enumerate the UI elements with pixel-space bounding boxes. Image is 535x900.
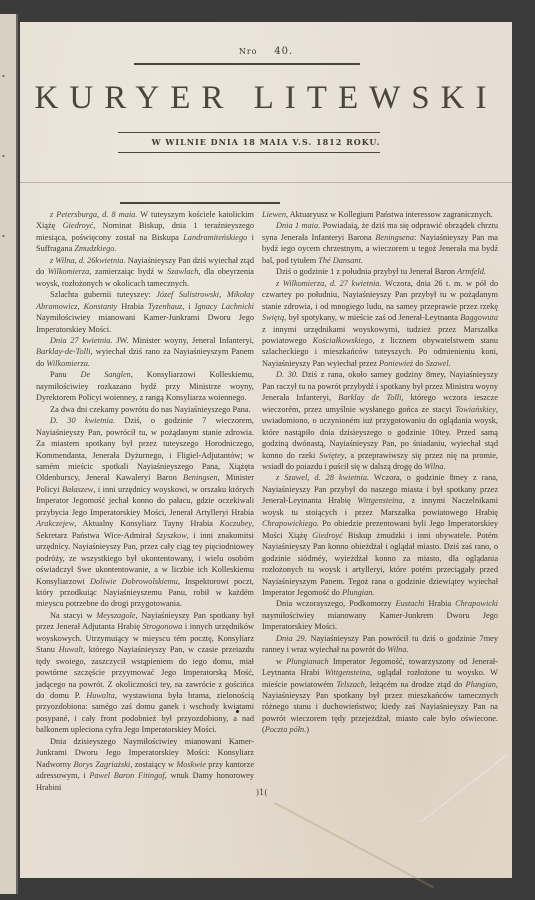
italic-name: z Szawel, d. 28 kwietnia.	[276, 473, 369, 482]
paragraph-text: do	[413, 359, 425, 368]
italic-name: z Petersburga, d. 8 maia.	[50, 210, 137, 219]
italic-name: Borys Zagriażski	[73, 760, 130, 769]
paragraph-text: , zostaiący w	[130, 760, 176, 769]
article-paragraph: D. 30 kwietnia. Dziś, o godzinie 7 wiecz…	[36, 415, 254, 610]
paragraph-text: naymiłościwiey mianowany Kamer-Junkrem D…	[262, 611, 498, 631]
italic-name: Wilkomierza	[48, 267, 89, 276]
italic-name: Pawel Baron Fitingof	[89, 771, 164, 780]
italic-name: Bałaszew	[62, 485, 93, 494]
issue-number-value: 40.	[274, 46, 293, 57]
article-paragraph: z Wilkomierza, d. 27 kwietnia. Wczora, d…	[262, 278, 498, 370]
article-paragraph: w Plungianach Imperator Jegomość, towarz…	[262, 656, 498, 736]
italic-name: Kościałkowskiego	[313, 336, 373, 345]
italic-name: z Wilna, d. 26kwietnia.	[50, 256, 126, 265]
italic-name: Barklay de Tolli	[338, 393, 401, 402]
page-number-mark: )1(	[256, 788, 267, 797]
article-paragraph: Dnia wczorayszego, Podkomorzy Eustachi H…	[262, 598, 498, 632]
italic-name: Huwalta	[86, 691, 115, 700]
italic-name: Meyszagole	[96, 611, 135, 620]
previous-page-text-fragment: ▪	[2, 74, 5, 78]
paragraph-text: Dziś o godzinie 1 z południa przybył tu …	[276, 267, 457, 276]
paragraph-text: Za dwa dni czekamy powrótu do nas Nayiaś…	[50, 405, 251, 414]
paragraph-text: Szlachta gubernii tuteyszey:	[50, 290, 156, 299]
left-column: z Petersburga, d. 8 maia. W tuteyszym ko…	[36, 209, 254, 793]
italic-name: Wilna.	[387, 645, 408, 654]
paragraph-text: , Aktualny Konsyliarz Tayny Hrabia	[74, 519, 219, 528]
article-paragraph: z Szawel, d. 28 kwietnia. Wczora, o godz…	[262, 472, 498, 598]
italic-name: Moskwie	[176, 760, 206, 769]
paragraph-text: , zamierzaiąc bydź w	[89, 267, 167, 276]
italic-name: Dnia 29.	[276, 634, 307, 643]
italic-name: Józef Sulistrowski	[156, 290, 219, 299]
water-stain	[273, 802, 434, 890]
italic-name: Szawel.	[426, 359, 451, 368]
italic-name: Koczubey	[220, 519, 252, 528]
article-separator-rule	[120, 202, 280, 204]
paragraph-text: Hrabia	[425, 599, 456, 608]
italic-name: Arakczejew	[36, 519, 74, 528]
italic-name: Ignacy Lachnicki	[195, 302, 254, 311]
paragraph-text: ,	[219, 290, 227, 299]
italic-name: De Sanglen	[81, 370, 131, 379]
article-paragraph: Za dwa dni czekamy powrótu do nas Nayiaś…	[36, 404, 254, 415]
previous-page-edge: ▪ ▪ ▪	[0, 14, 18, 894]
italic-name: Plungianach	[286, 657, 328, 666]
italic-name: Towiańskiey	[455, 405, 496, 414]
issue-number-label: Nro	[239, 47, 258, 56]
italic-name: Baggowuta	[460, 313, 498, 322]
italic-name: Wilna.	[424, 462, 445, 471]
page-crease	[20, 182, 512, 183]
italic-name: Eustachi	[396, 599, 425, 608]
article-paragraph: Dnia 27 kwietnia. JW. Minister woyny, Je…	[36, 335, 254, 369]
italic-name: Plungian.	[342, 588, 375, 597]
title-top-rule	[134, 63, 360, 65]
italic-name: Doliwie Dobrowolskiemu	[90, 577, 178, 586]
paragraph-text: Na stacyi w	[50, 611, 96, 620]
dateline-text: W WILNIE DNIA 18 MAIA V.S. 1812 ROKU.	[152, 137, 381, 147]
paper-fold	[420, 754, 507, 823]
italic-name: Landramiteńskiego	[183, 233, 247, 242]
italic-name: Liewen	[262, 210, 286, 219]
italic-name: Poczta półn.	[265, 725, 306, 734]
article-paragraph: z Wilna, d. 26kwietnia. Nayiaśnieyszy Pa…	[36, 255, 254, 289]
italic-name: Chrapowicki	[455, 599, 498, 608]
italic-name: Telszach	[337, 680, 365, 689]
paragraph-text: Panu	[50, 370, 81, 379]
article-paragraph: Panu De Sanglen, Konsyliarzowi Kolleskie…	[36, 369, 254, 403]
italic-name: Thé Dansant.	[318, 256, 363, 265]
italic-name: Dnia 1 maia.	[276, 221, 320, 230]
dateline: W WILNIE DNIA 18 MAIA V.S. 1812 ROKU.	[20, 137, 512, 147]
paragraph-text: JW. Minister woyny, Jeneral Infanteryi,	[113, 336, 254, 345]
paragraph-text: Dnia wczorayszego, Podkomorzy	[276, 599, 396, 608]
italic-name: Dnia 27 kwietnia.	[50, 336, 113, 345]
italic-name: Chrapowickiego.	[262, 519, 319, 528]
dateline-top-rule	[118, 132, 380, 133]
article-paragraph: Na stacyi w Meyszagole, Nayiaśnieyszy Pa…	[36, 610, 254, 736]
italic-name: D. 30.	[276, 370, 298, 379]
italic-name: Wittgensteina	[325, 668, 370, 677]
article-paragraph: Dnia 1 maia. Powiadaią, że dziś ma się o…	[262, 220, 498, 266]
italic-name: Plungian	[466, 680, 496, 689]
paragraph-text: , i	[182, 302, 194, 311]
italic-name: Tyzenhauz	[148, 302, 182, 311]
italic-name: Poniewież	[379, 359, 413, 368]
italic-name: Huwalt	[59, 645, 83, 654]
italic-name: D. 30 kwietnia.	[50, 416, 115, 425]
paragraph-text: )	[306, 725, 309, 734]
previous-page-text-fragment: ▪	[2, 234, 5, 238]
italic-name: z Wilkomierza, d. 27 kwietnia.	[276, 279, 382, 288]
paragraph-text: , leżącém na drodze ztąd do	[365, 680, 466, 689]
italic-name: Szyszkow	[156, 531, 187, 540]
italic-name: Swiętey	[319, 451, 344, 460]
article-paragraph: z Petersburga, d. 8 maia. W tuteyszym ko…	[36, 209, 254, 255]
italic-name: Giedroyć	[312, 531, 343, 540]
dateline-bottom-rule	[118, 152, 380, 153]
article-paragraph: Dnia dzisieyszego Naymiłościwiey mianowa…	[36, 736, 254, 793]
italic-name: Szawlach	[167, 267, 198, 276]
newspaper-page: Nro 40. KURYER LITEWSKI W WILNIE DNIA 18…	[20, 22, 512, 878]
paragraph-text: Biskup żmudzki i inni obywatele. Potém N…	[262, 531, 498, 597]
italic-name: Beningsen	[183, 473, 218, 482]
article-paragraph: Dziś o godzinie 1 z południa przybył tu …	[262, 266, 498, 277]
ink-spot	[236, 710, 239, 713]
italic-name: Swiętą	[262, 313, 284, 322]
italic-name: Giedroyć	[63, 221, 94, 230]
article-paragraph: Dnia 29. Nayiaśnieyszy Pan powrócił tu d…	[262, 633, 498, 656]
paragraph-text: Naymiłościwiey mianowani Kamer-Junkrami …	[36, 313, 254, 333]
paragraph-text: w	[276, 657, 286, 666]
italic-name: Beningsena	[375, 233, 414, 242]
italic-name: Wilkomierza.	[46, 359, 90, 368]
italic-name: Barklay-de-Tolli	[36, 347, 91, 356]
article-paragraph: Szlachta gubernii tuteyszey: Józef Sulis…	[36, 289, 254, 335]
italic-name: Zmudzkiego.	[74, 244, 116, 253]
paragraph-text: , Aktuaryusz w Kollegium Państwa interes…	[286, 210, 493, 219]
italic-name: Wittgensteina	[357, 496, 402, 505]
paragraph-text: , był spotykany, w mieście zaś od Jenera…	[284, 313, 460, 322]
article-paragraph: Liewen, Aktuaryusz w Kollegium Państwa i…	[262, 209, 498, 220]
italic-name: Strogonowa	[142, 622, 182, 631]
paragraph-text: Hrabia	[117, 302, 148, 311]
newspaper-title: KURYER LITEWSKI	[20, 80, 512, 117]
italic-name: Konstanty	[84, 302, 118, 311]
issue-number: Nro 40.	[20, 46, 512, 57]
italic-name: Armfeld.	[457, 267, 486, 276]
right-column: Liewen, Aktuaryusz w Kollegium Państwa i…	[262, 209, 498, 736]
previous-page-text-fragment: ▪	[2, 154, 5, 158]
article-paragraph: D. 30. Dziś z rana, około samey godziny …	[262, 369, 498, 472]
